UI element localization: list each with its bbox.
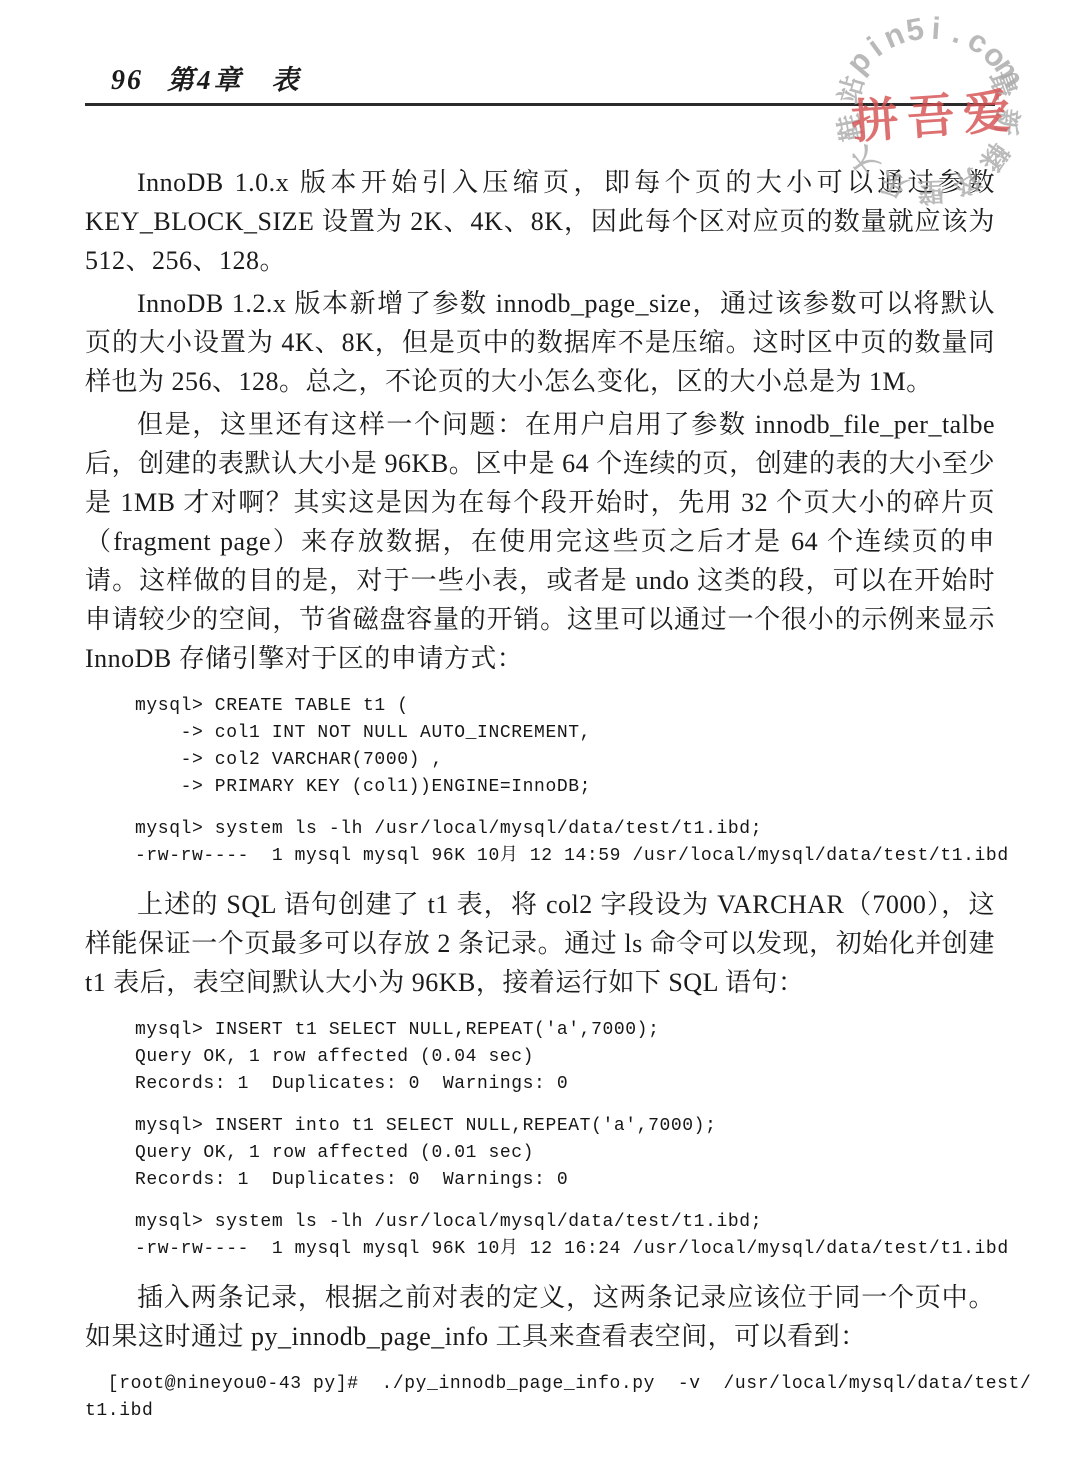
watermark-arc-letter: i (930, 11, 941, 48)
body-paragraph: 插入两条记录，根据之前对表的定义，这两条记录应该位于同一个页中。如果这时通过 p… (85, 1278, 995, 1356)
book-page: 96 第4章 表 InnoDB 1.0.x 版本开始引入压缩页，即每个页的大小可… (0, 0, 1080, 1478)
code-block: mysql> INSERT t1 SELECT NULL,REPEAT('a',… (135, 1017, 995, 1098)
code-block: [root@nineyou0-43 py]# ./py_innodb_page_… (85, 1371, 995, 1425)
body-paragraph: InnoDB 1.0.x 版本开始引入压缩页，即每个页的大小可以通过参数 KEY… (85, 163, 995, 280)
watermark-ring-char: 新 (988, 106, 1030, 138)
chapter-title: 表 (272, 58, 302, 97)
watermark-arc-letter: n (878, 16, 909, 57)
body-paragraph: InnoDB 1.2.x 版本新增了参数 innodb_page_size，通过… (85, 284, 995, 401)
code-block: mysql> CREATE TABLE t1 ( -> col1 INT NOT… (135, 693, 995, 801)
body-paragraph: 上述的 SQL 语句创建了 t1 表，将 col2 字段设为 VARCHAR（7… (85, 885, 995, 1002)
body-paragraph: 但是，这里还有这样一个问题：在用户启用了参数 innodb_file_per_t… (85, 405, 995, 678)
page-header: 96 第4章 表 (85, 58, 995, 106)
watermark-arc-letter: c (961, 22, 994, 62)
watermark-arc-letter: . (948, 15, 967, 52)
code-block: mysql> system ls -lh /usr/local/mysql/da… (135, 816, 995, 870)
page-number: 96 (111, 65, 143, 97)
code-block: mysql> INSERT into t1 SELECT NULL,REPEAT… (135, 1113, 995, 1194)
watermark-ring-char: 鞋 (826, 111, 869, 145)
code-block: mysql> system ls -lh /usr/local/mysql/da… (135, 1209, 995, 1263)
chapter-label: 第4章 (167, 58, 244, 97)
page-body: InnoDB 1.0.x 版本开始引入压缩页，即每个页的大小可以通过参数 KEY… (85, 163, 995, 1425)
watermark-arc-letter: 5 (903, 11, 926, 49)
